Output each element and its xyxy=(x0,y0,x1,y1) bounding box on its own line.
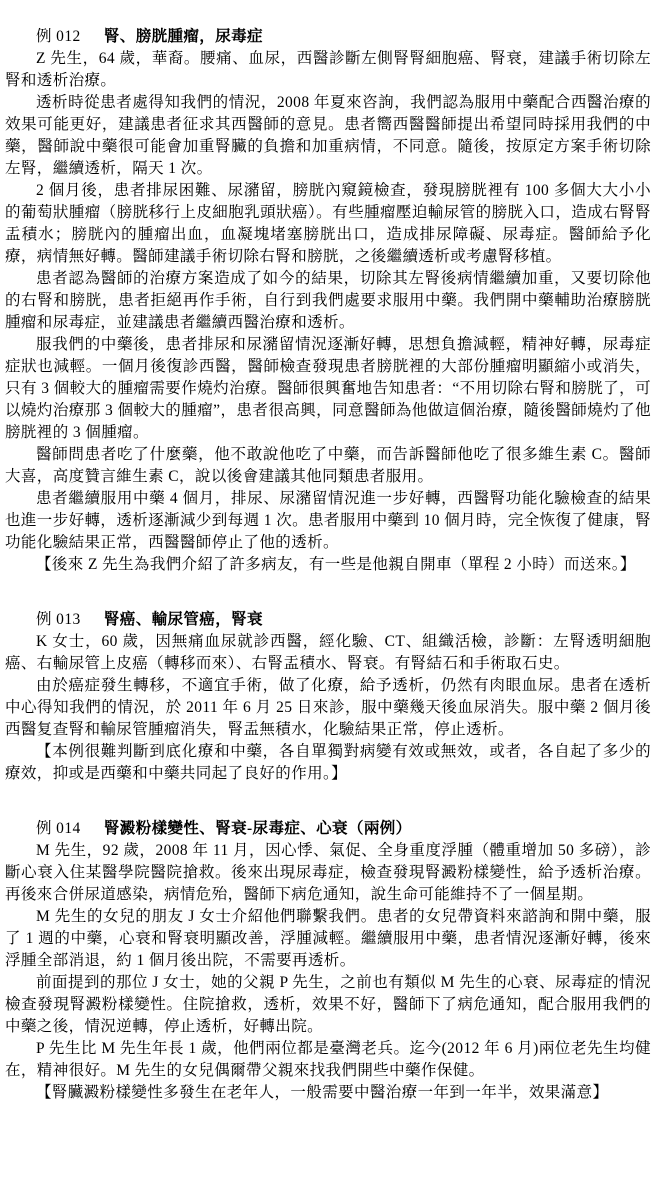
case-section: 例 013腎癌、輸尿管癌，腎衰K 女士，60 歲，因無痛血尿就診西醫，經化驗、C… xyxy=(5,609,651,785)
case-label: 例 014 xyxy=(36,820,81,837)
paragraph: 【後來 Z 先生為我們介紹了許多病友，有一些是他親自開車（單程 2 小時）而送來… xyxy=(5,554,651,576)
paragraph: Z 先生，64 歲，華裔。腰痛、血尿，西醫診斷左側腎腎細胞癌、腎衰，建議手術切除… xyxy=(5,48,651,92)
case-title: 腎、膀胱腫瘤，尿毒症 xyxy=(104,28,263,45)
paragraph: 患者認為醫師的治療方案造成了如今的結果，切除其左腎後病情繼續加重，又要切除他的右… xyxy=(5,268,651,334)
paragraph: 醫師問患者吃了什麼藥，他不敢說他吃了中藥，而告訴醫師他吃了很多維生素 C。醫師大… xyxy=(5,444,651,488)
case-section: 例 012腎、膀胱腫瘤，尿毒症Z 先生，64 歲，華裔。腰痛、血尿，西醫診斷左側… xyxy=(5,26,651,576)
paragraph: P 先生比 M 先生年長 1 歲，他們兩位都是臺灣老兵。迄今(2012 年 6 … xyxy=(5,1038,651,1082)
paragraph: 由於癌症發生轉移，不適宜手術，做了化療，給予透析，仍然有肉眼血尿。患者在透析中心… xyxy=(5,675,651,741)
case-heading: 例 013腎癌、輸尿管癌，腎衰 xyxy=(5,609,651,631)
case-title: 腎癌、輸尿管癌，腎衰 xyxy=(104,611,263,628)
paragraph: M 先生的女兒的朋友 J 女士介紹他們聯繫我們。患者的女兒帶資料來諮詢和開中藥，… xyxy=(5,906,651,972)
paragraph: 服我們的中藥後，患者排尿和尿瀦留情況逐漸好轉，思想負擔減輕，精神好轉，尿毒症症狀… xyxy=(5,334,651,444)
case-heading: 例 014腎澱粉樣變性、腎衰-尿毒症、心衰（兩例） xyxy=(5,818,651,840)
paragraph: 【本例很難判斷到底化療和中藥，各自單獨對病變有效或無效，或者，各自起了多少的療效… xyxy=(5,741,651,785)
case-label: 例 012 xyxy=(36,28,81,45)
case-title: 腎澱粉樣變性、腎衰-尿毒症、心衰（兩例） xyxy=(104,820,412,837)
paragraph: 2 個月後，患者排尿困難、尿瀦留，膀胱內窺鏡檢查，發現膀胱裡有 100 多個大大… xyxy=(5,180,651,268)
document-page: 例 012腎、膀胱腫瘤，尿毒症Z 先生，64 歲，華裔。腰痛、血尿，西醫診斷左側… xyxy=(0,0,658,1104)
paragraph: K 女士，60 歲，因無痛血尿就診西醫，經化驗、CT、組織活檢，診斷：左腎透明細… xyxy=(5,631,651,675)
paragraph: 前面提到的那位 J 女士，她的父親 P 先生，之前也有類似 M 先生的心衰、尿毒… xyxy=(5,972,651,1038)
paragraph: 患者繼續服用中藥 4 個月，排尿、尿瀦留情況進一步好轉，西醫腎功能化驗檢查的結果… xyxy=(5,488,651,554)
case-label: 例 013 xyxy=(36,611,81,628)
paragraph: M 先生，92 歲，2008 年 11 月，因心悸、氣促、全身重度浮腫（體重增加… xyxy=(5,840,651,906)
paragraph: 透析時從患者處得知我們的情況，2008 年夏來咨詢，我們認為服用中藥配合西醫治療… xyxy=(5,92,651,180)
case-heading: 例 012腎、膀胱腫瘤，尿毒症 xyxy=(5,26,651,48)
case-section: 例 014腎澱粉樣變性、腎衰-尿毒症、心衰（兩例）M 先生，92 歲，2008 … xyxy=(5,818,651,1104)
paragraph: 【腎臟澱粉樣變性多發生在老年人，一般需要中醫治療一年到一年半，效果滿意】 xyxy=(5,1082,651,1104)
